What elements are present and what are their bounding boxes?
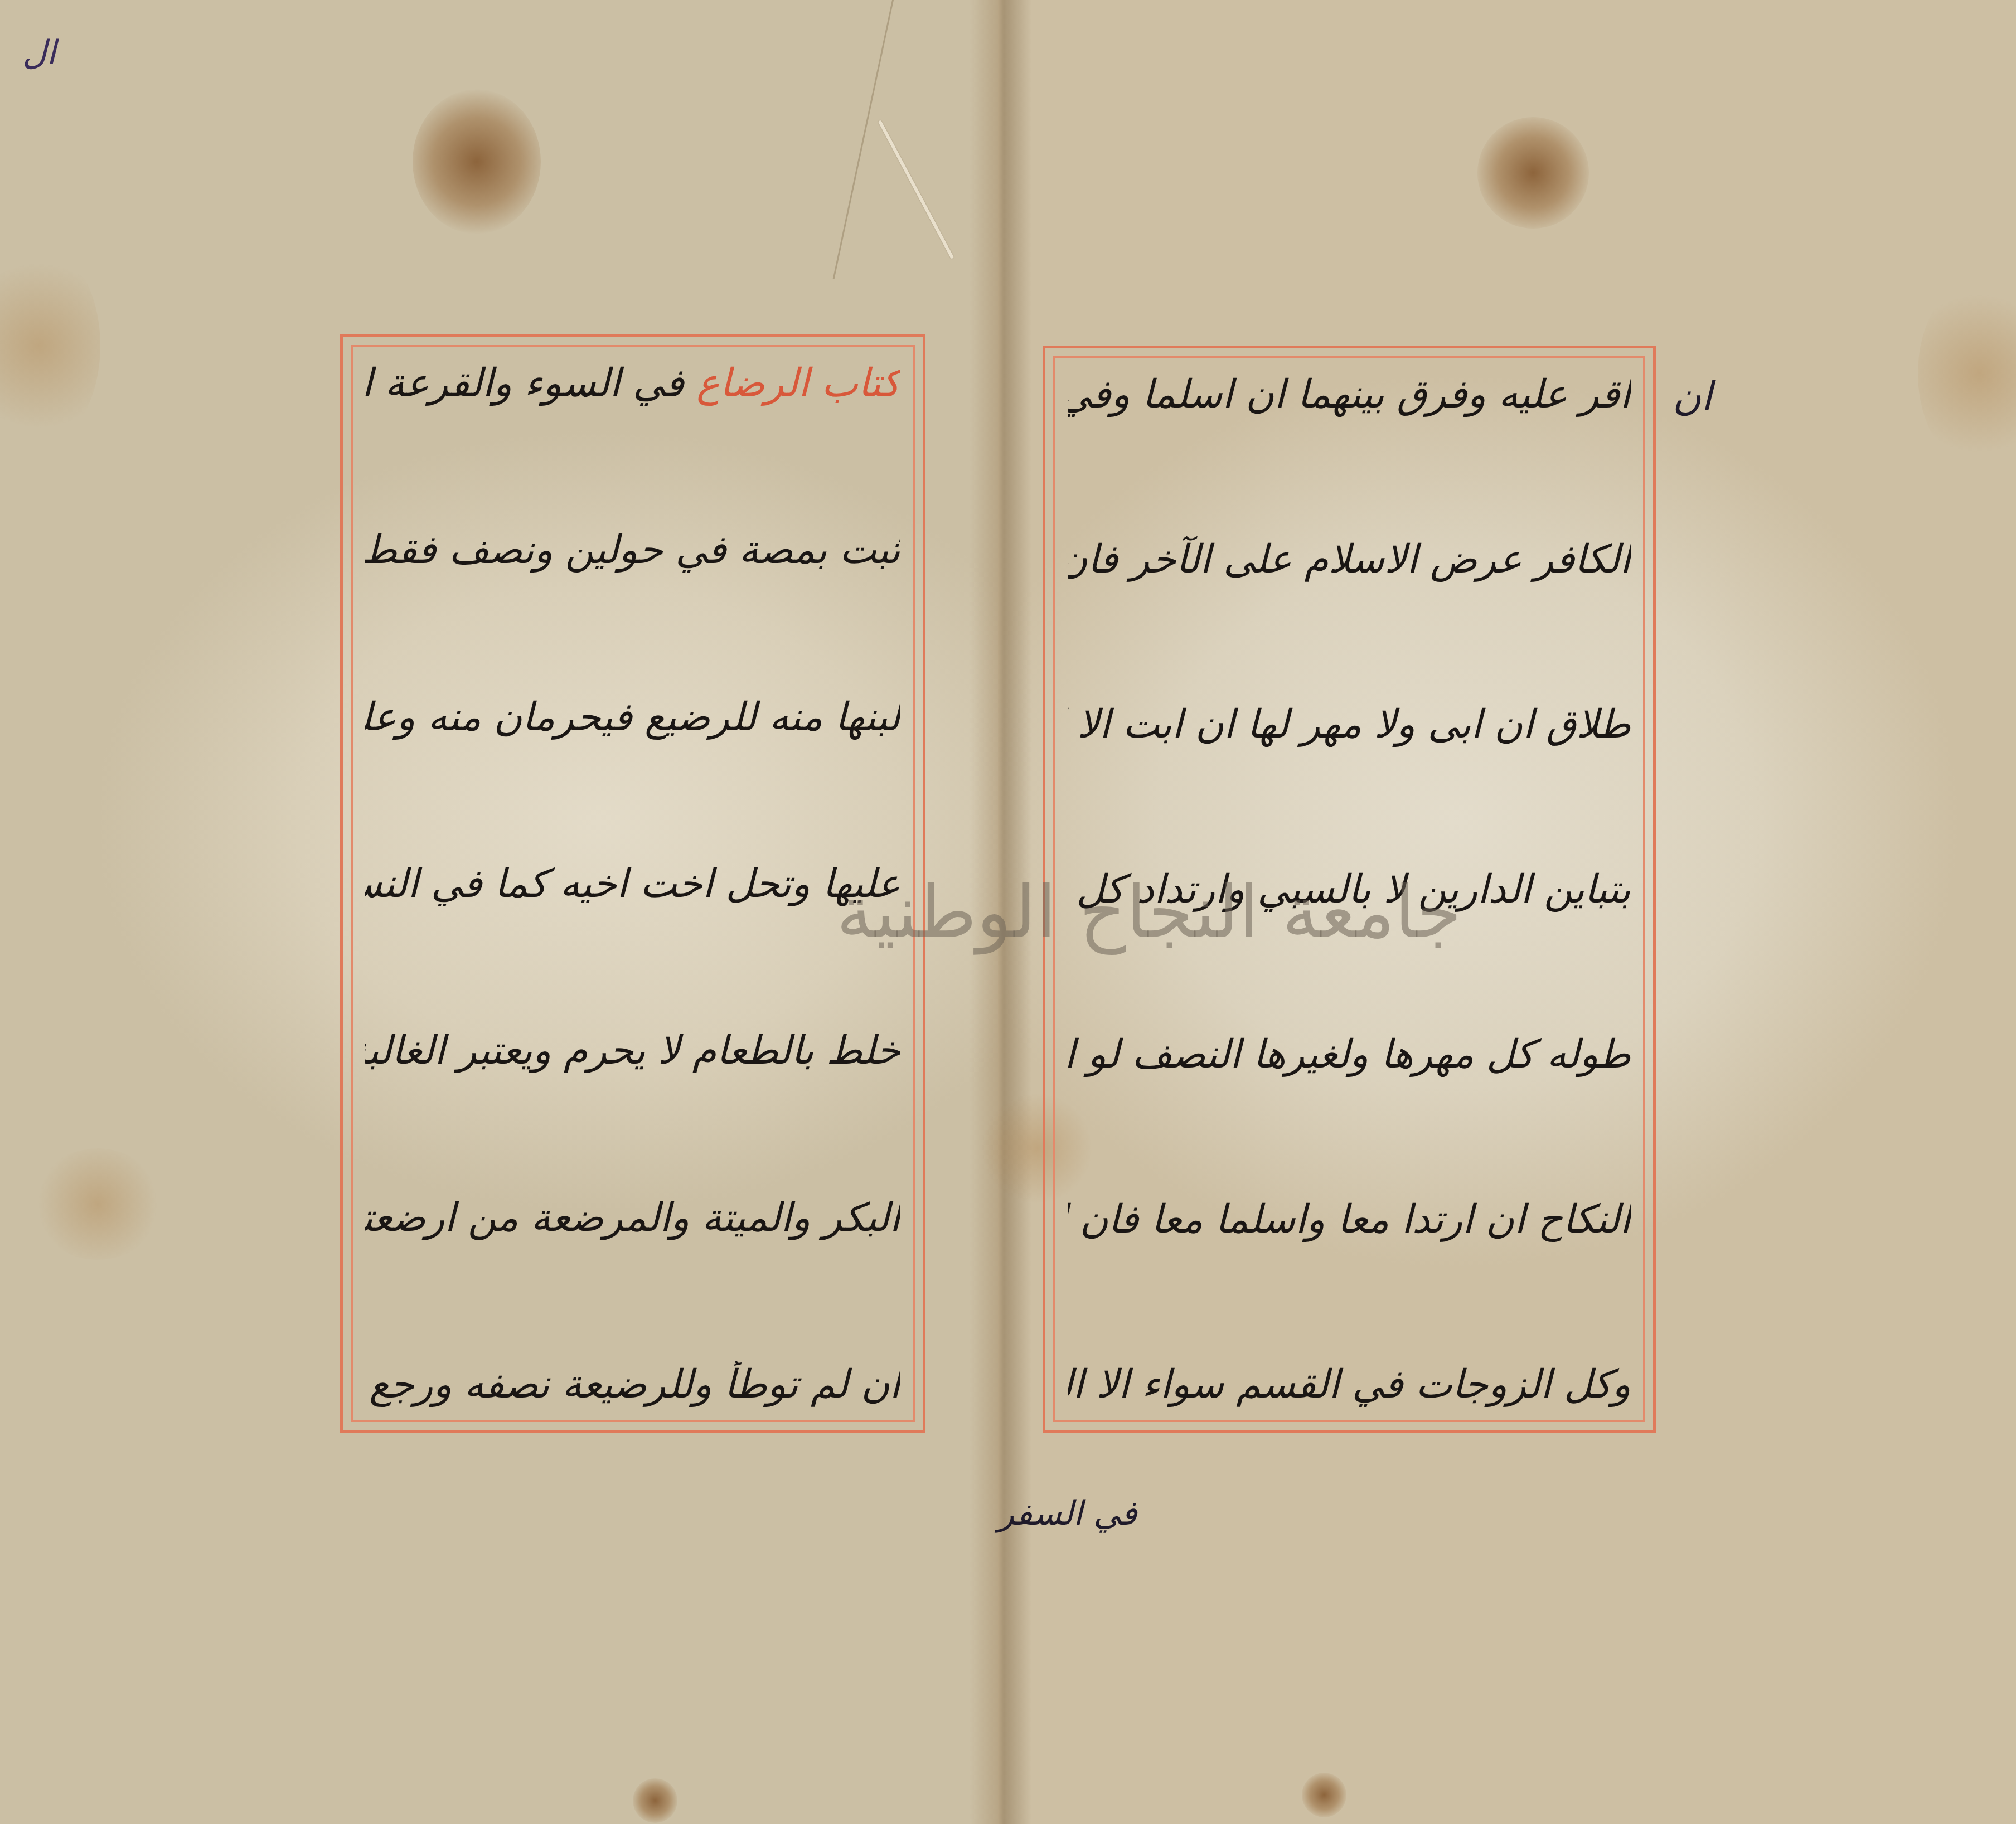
text-line-content: في السوء والقرعة اولى ليصح تركك القسم وا… xyxy=(365,360,684,406)
stain-left-margin xyxy=(33,1148,162,1260)
text-line: طوله كل مهرها ولغيرها النصف لو ارتدت ولا… xyxy=(1068,1031,1631,1078)
text-line: كتاب الرضاع في السوء والقرعة اولى ليصح ت… xyxy=(365,360,900,406)
watermark: جامعة النجاح الوطنية xyxy=(836,870,1462,954)
stain-left-top xyxy=(413,89,541,234)
left-text-block: كتاب الرضاع في السوء والقرعة اولى ليصح ت… xyxy=(365,360,900,1408)
text-line: الكافر عرض الاسلام على الآخر فان اسلم فه… xyxy=(1068,536,1631,583)
chapter-heading-rubric: كتاب الرضاع xyxy=(696,360,900,406)
text-line: ان لم توطأ وللرضيعة نصفه ورجع به على الم… xyxy=(365,1361,900,1408)
stain-bottom-right xyxy=(1302,1773,1346,1817)
text-line: وكل الزوجات في القسم سواء الا المملوكة ف… xyxy=(1068,1361,1631,1408)
margin-catchword-top: ان xyxy=(1673,373,1712,419)
text-line: النكاح ان ارتدا معا واسلما معا فان اسلم … xyxy=(1068,1196,1631,1243)
text-line: لبنها منه للرضيع فيحرمان منه وعليه كالنس… xyxy=(365,693,900,740)
manuscript-spread: ال كتاب الرضاع في السوء والقرعة اولى ليص… xyxy=(0,0,2016,1824)
text-line: طلاق ان ابى ولا مهر لها ان ابت الا الموط… xyxy=(1068,701,1631,748)
text-line: عليها وتحل اخت اخيه كما في النسب والاحتق… xyxy=(365,860,900,907)
folio-mark: ال xyxy=(22,33,56,72)
bottom-catchword: في السفر xyxy=(998,1494,1137,1533)
text-line: البكر والميتة والمرضعة من ارضعته فرضيعة … xyxy=(365,1194,900,1241)
text-line: ثبت بمصة في حولين ونصف فقط امومة المرضعة… xyxy=(365,526,900,573)
stain-bottom-left xyxy=(633,1778,677,1823)
text-line: اقر عليه وفرق بينهما ان اسلما وفي اسلام … xyxy=(1068,371,1631,418)
stain-right-top xyxy=(1477,117,1589,229)
text-line: خلط بالطعام لا يحرم ويعتبر الغالبة ويحرم… xyxy=(365,1027,900,1074)
